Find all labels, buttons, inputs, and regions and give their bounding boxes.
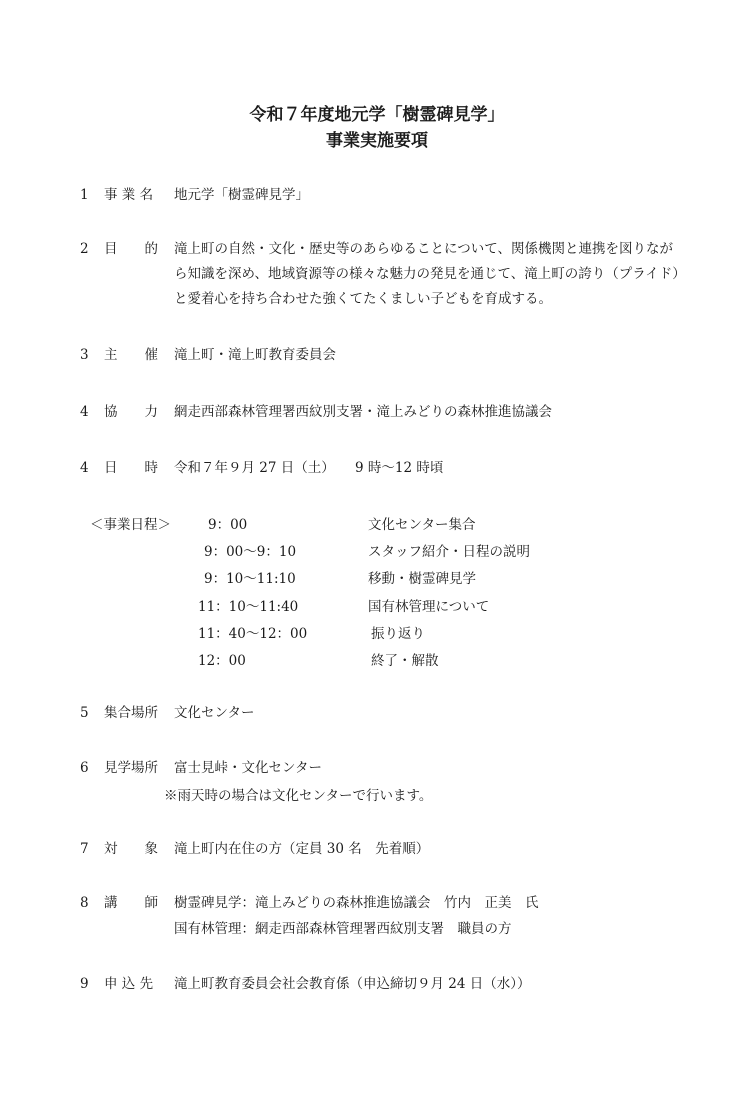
schedule-time: 9：00～9：10: [204, 540, 296, 560]
schedule-time: 9：00: [208, 513, 247, 533]
schedule-activity: 国有林管理について: [368, 595, 489, 615]
item-number: 7: [80, 840, 89, 858]
title-line-1: 令和７年度地元学「樹霊碑見学」: [0, 100, 754, 125]
item-number: 3: [80, 346, 89, 364]
schedule-heading: ＜事業日程＞: [90, 513, 171, 533]
item-label: 講 師: [104, 894, 158, 912]
item-number: 1: [80, 186, 89, 204]
schedule-time: 11：40～12：00: [198, 622, 307, 642]
title-line-2: 事業実施要項: [0, 126, 754, 151]
item-label: 主 催: [104, 346, 158, 364]
schedule-activity: スタッフ紹介・日程の説明: [368, 540, 530, 560]
item-value: 文化センター: [174, 704, 254, 722]
item-value-line: 富士見峠・文化センター: [174, 759, 322, 777]
item-value: 網走西部森林管理署西紋別支署・滝上みどりの森林推進協議会: [174, 403, 552, 421]
schedule-time: 12：00: [198, 649, 246, 669]
item-value: 地元学「樹霊碑見学」: [174, 186, 309, 204]
item-value: 滝上町内在住の方（定員 30 名 先着順）: [174, 840, 429, 858]
schedule-activity: 終了・解散: [371, 649, 439, 669]
schedule-activity: 振り返り: [371, 622, 425, 642]
item-label: 日 時: [104, 459, 158, 477]
item-value: 滝上町・滝上町教育委員会: [174, 346, 336, 364]
item-value-line: 国有林管理：網走西部森林管理署西紋別支署 職員の方: [174, 920, 512, 938]
schedule-activity: 移動・樹霊碑見学: [368, 567, 476, 587]
schedule-activity: 文化センター集合: [368, 513, 475, 533]
item-number: 9: [80, 975, 89, 993]
item-label: 協 力: [104, 403, 158, 421]
item-value: 滝上町教育委員会社会教育係（申込締切９月 24 日（水））: [174, 975, 531, 993]
rain-note: ※雨天時の場合は文化センターで行います。: [164, 787, 432, 805]
schedule-time: 9：10～11:10: [204, 567, 296, 587]
item-label: 事 業 名: [104, 186, 153, 204]
item-number: 6: [80, 759, 89, 777]
item-value-line: ら知識を深め、地域資源等の様々な魅力の発見を通じて、滝上町の誇り（プライド）: [174, 265, 686, 283]
item-value-line: と愛着心を持ち合わせた強くてたくましい子どもを育成する。: [174, 290, 552, 308]
item-label: 集合場所: [104, 704, 158, 722]
item-number: 8: [80, 894, 89, 912]
item-label: 申 込 先: [104, 975, 153, 993]
schedule-time: 11：10～11:40: [198, 595, 298, 615]
item-value: 令和７年９月 27 日（土） 9 時～12 時頃: [174, 459, 443, 477]
item-value-line: 樹霊碑見学：滝上みどりの森林推進協議会 竹内 正美 氏: [174, 894, 539, 912]
item-label: 見学場所: [104, 759, 158, 777]
item-number: 2: [80, 240, 89, 258]
item-value-line: 滝上町の自然・文化・歴史等のあらゆることについて、関係機関と連携を図りなが: [174, 240, 673, 258]
item-label: 対 象: [104, 840, 158, 858]
item-number: 5: [80, 704, 89, 722]
item-number: 4: [80, 459, 89, 477]
item-label: 目 的: [104, 240, 158, 258]
item-number: 4: [80, 403, 89, 421]
